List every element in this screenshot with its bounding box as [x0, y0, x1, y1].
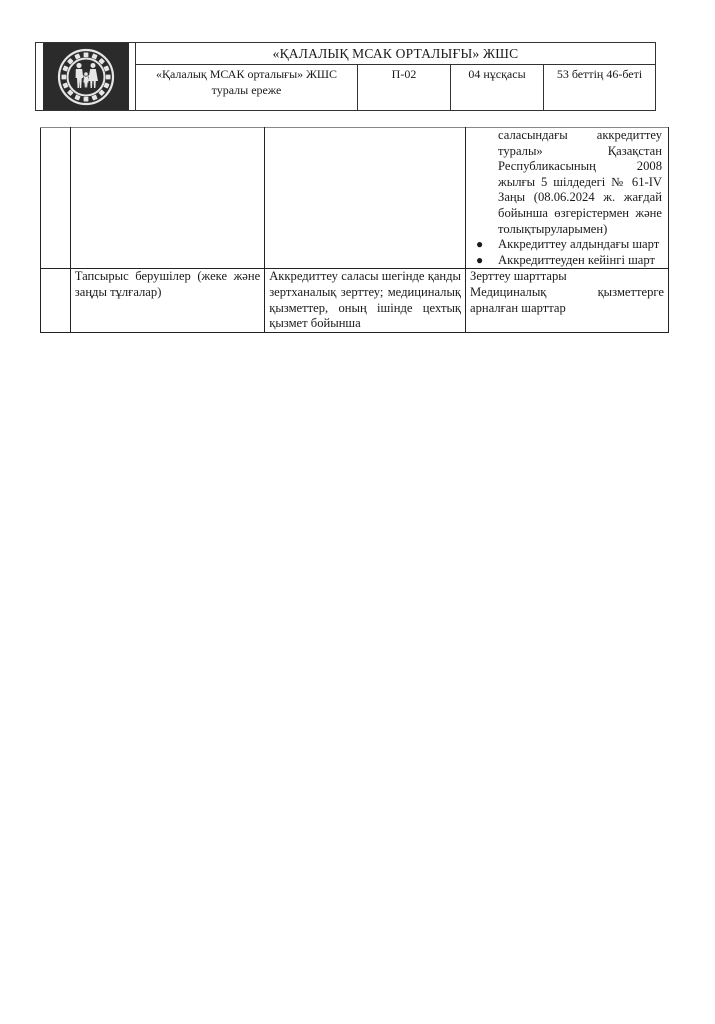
stakeholder-cell: [70, 128, 264, 269]
document-name-line-1: «Қалалық МСАК орталығы» ЖШС: [136, 66, 357, 82]
bullet-icon: ●: [476, 253, 483, 269]
document-name: «Қалалық МСАК орталығы» ЖШС туралы ереже: [136, 65, 358, 110]
bullet-item: ● Аккредиттеу алдындағы шарт: [498, 237, 662, 253]
bullet-item: ● Аккредиттеуден кейінгі шарт: [498, 253, 662, 269]
scope-cell: Аккредиттеу саласы шегінде қанды зертхан…: [265, 269, 466, 332]
document-line: Зерттеу шарттары: [470, 269, 664, 285]
page-info: 53 беттің 46-беті: [544, 65, 655, 110]
family-in-circle-logo-icon: [43, 43, 129, 110]
continued-law-reference: саласындағы аккредиттеу туралы» Қазақста…: [498, 128, 662, 237]
documents-cell: Зерттеу шарттары Медициналық қызметтерге…: [466, 269, 669, 332]
stakeholder-cell: Тапсырыс берушілер (жеке және заңды тұлғ…: [70, 269, 264, 332]
organization-title: «ҚАЛАЛЫҚ МСАК ОРТАЛЫҒЫ» ЖШС: [136, 43, 655, 65]
row-number-cell: [41, 269, 71, 332]
table-row: Тапсырыс берушілер (жеке және заңды тұлғ…: [41, 269, 669, 332]
content-table: саласындағы аккредиттеу туралы» Қазақста…: [40, 127, 669, 333]
bullet-text: Аккредиттеуден кейінгі шарт: [498, 253, 655, 267]
document-code: П-02: [358, 65, 451, 110]
scope-cell: [265, 128, 466, 269]
logo-cell: [36, 43, 136, 110]
document-line: Медициналық қызметтерге арналған шарттар: [470, 285, 664, 316]
document-info-row: «Қалалық МСАК орталығы» ЖШС туралы ереже…: [136, 65, 655, 110]
table-row: саласындағы аккредиттеу туралы» Қазақста…: [41, 128, 669, 269]
document-version: 04 нұсқасы: [451, 65, 544, 110]
bullet-text: Аккредиттеу алдындағы шарт: [498, 237, 659, 251]
row-number-cell: [41, 128, 71, 269]
document-header: «ҚАЛАЛЫҚ МСАК ОРТАЛЫҒЫ» ЖШС «Қалалық МСА…: [35, 42, 656, 111]
document-name-line-2: туралы ереже: [136, 82, 357, 98]
contract-bullet-list: ● Аккредиттеу алдындағы шарт ● Аккредитт…: [498, 237, 662, 268]
bullet-icon: ●: [476, 237, 483, 253]
documents-cell: саласындағы аккредиттеу туралы» Қазақста…: [466, 128, 669, 269]
